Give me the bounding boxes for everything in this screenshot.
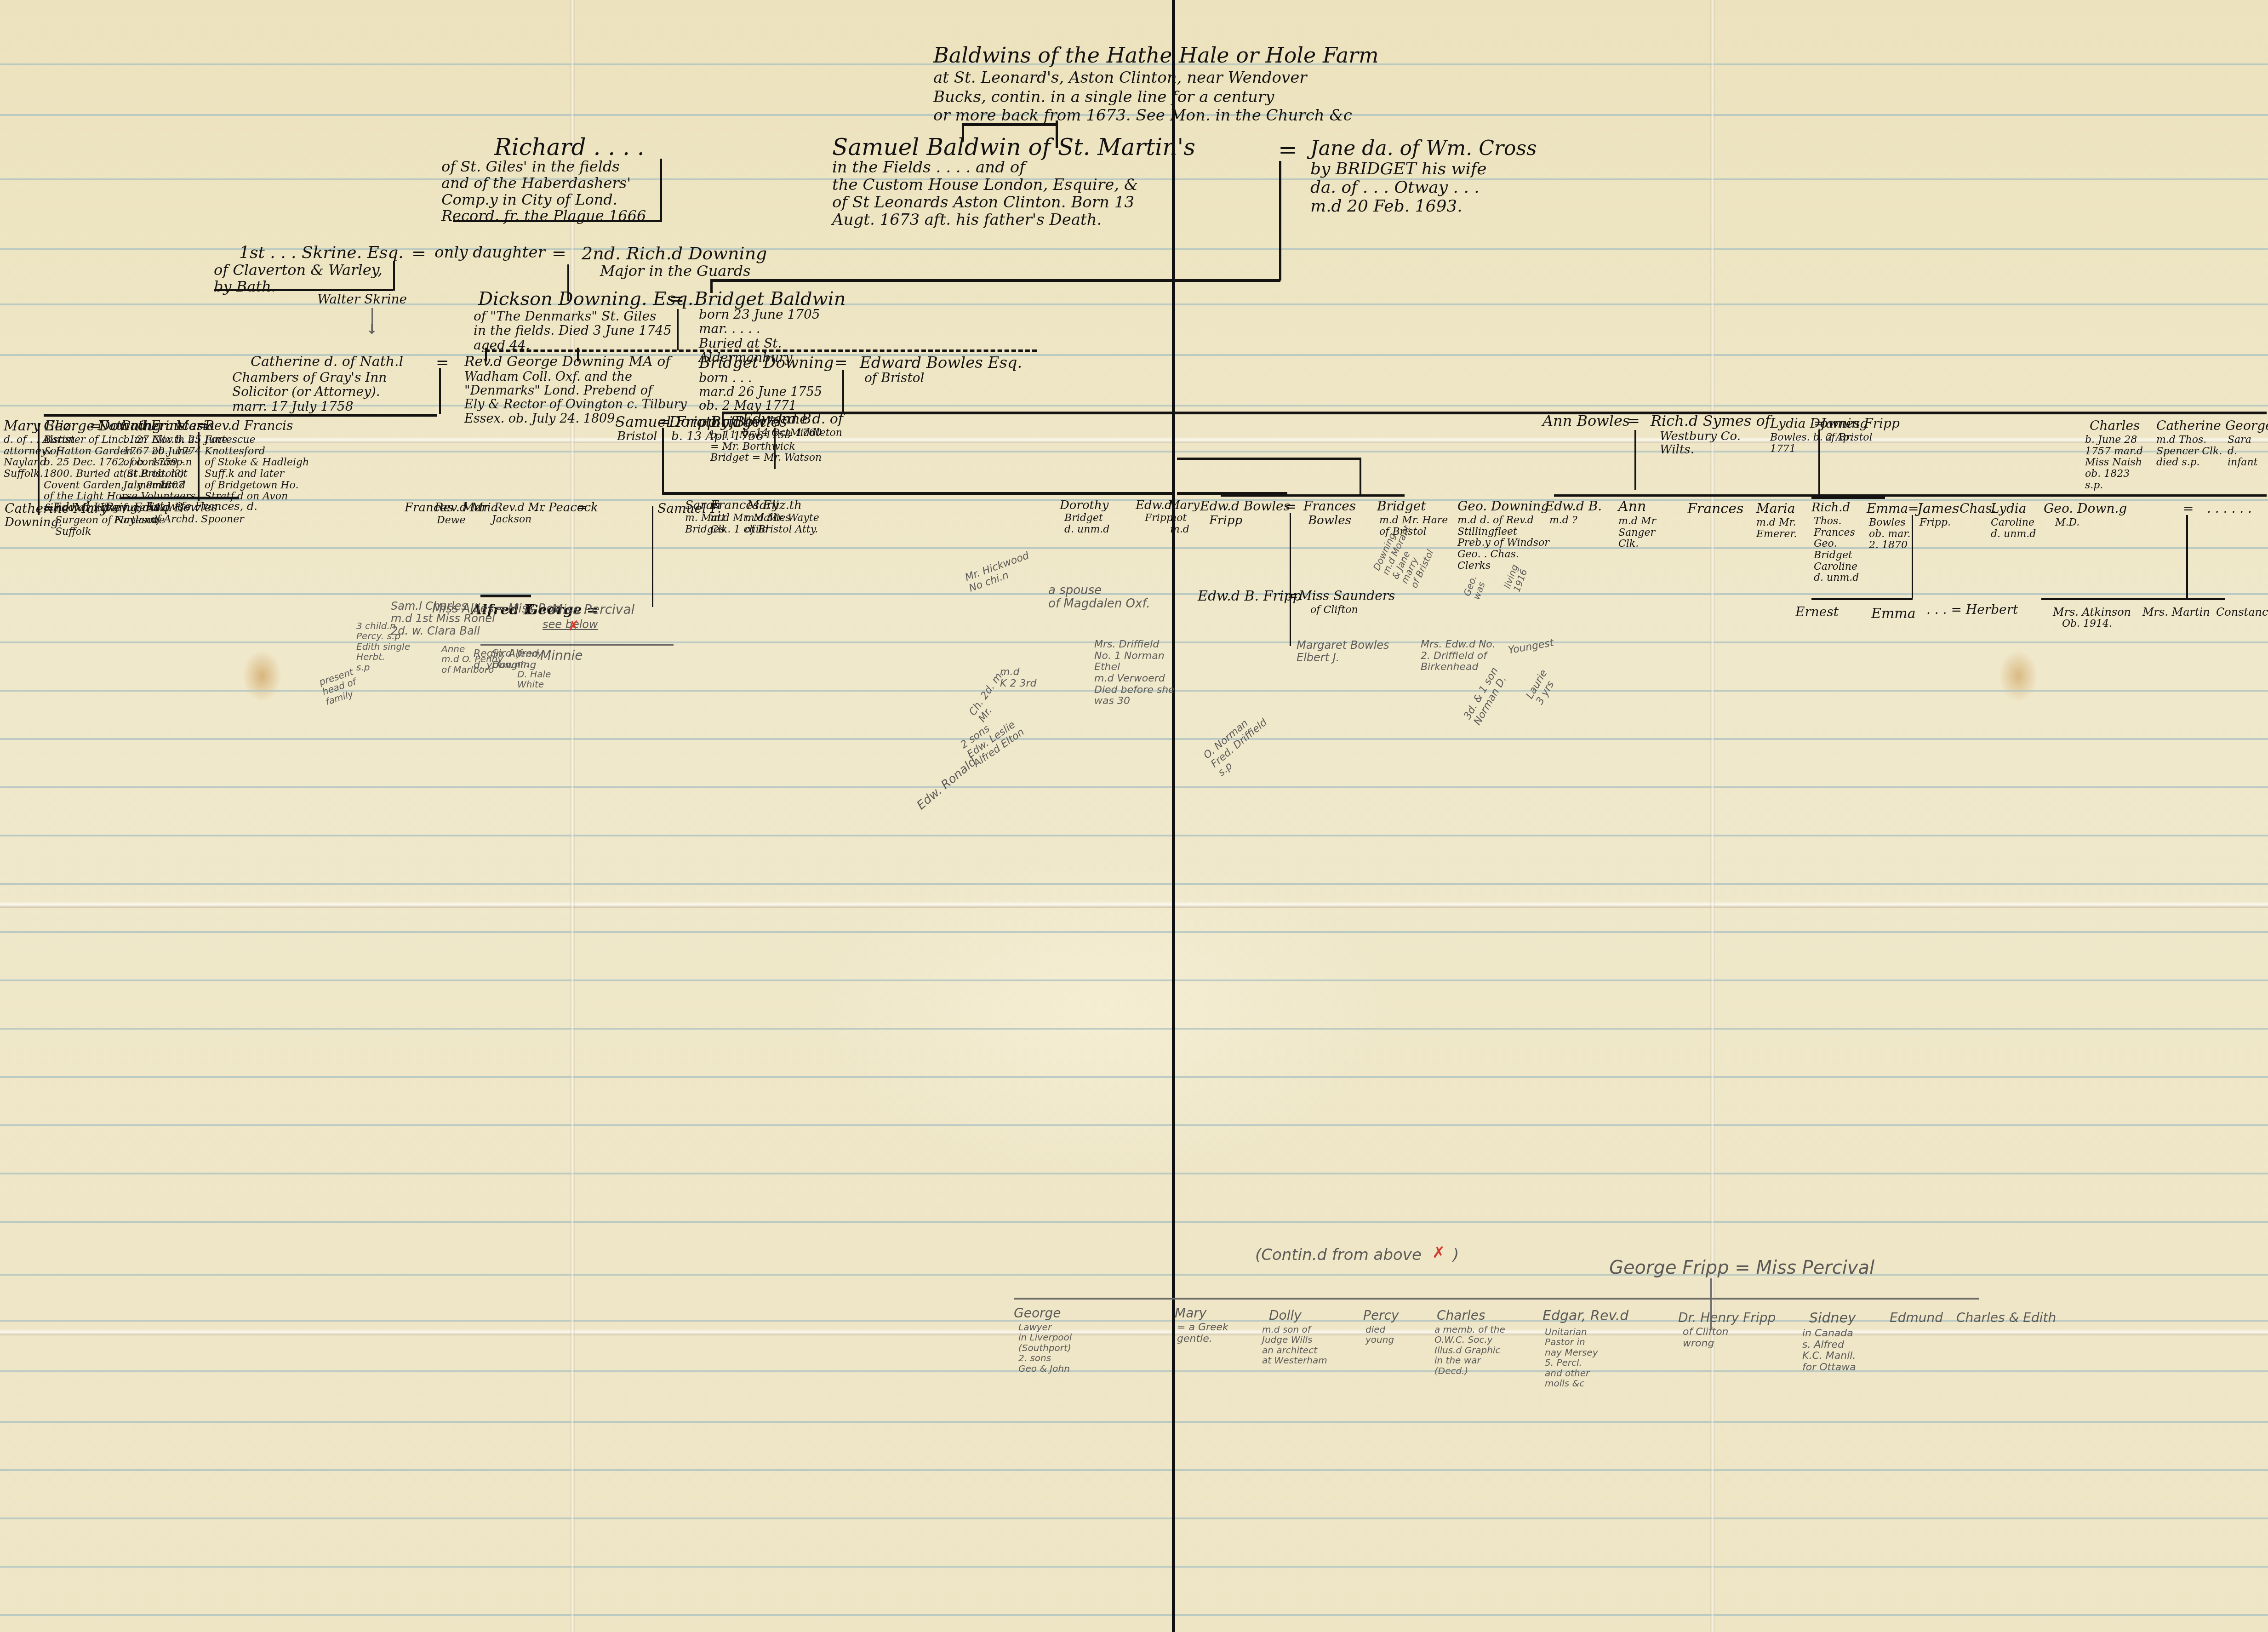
person-rev-francis: Rev.d Francis: [205, 418, 293, 433]
person-edward-b-fripp: Edw.d B. Fripp: [1198, 589, 1302, 604]
marriage-sign: =: [552, 244, 566, 263]
person-catherine-chambers: Catherine d. of Nath.l: [251, 354, 403, 370]
person-edward-fripp: Edw.d: [1136, 499, 1172, 512]
tree-line: [2041, 598, 2225, 600]
heading-bracket: [962, 123, 1056, 126]
person-bridget-downing: Bridget Downing: [699, 354, 834, 372]
heading-line-3: Bucks, contin. in a single line for a ce…: [933, 88, 1274, 106]
person-notes: Fripp.: [1920, 517, 1951, 529]
tree-line: [485, 349, 1037, 352]
ruled-line: [0, 835, 2268, 836]
person-samuel-baldwin-notes: in the Fields . . . . and of the Custom …: [832, 159, 1138, 229]
child-notes: in Canada s. Alfred K.C. Manil. for Otta…: [1802, 1328, 1856, 1374]
person-herbert: . . . = Herbert: [1926, 602, 2018, 617]
person-mrs-martin: Mrs. Martin: [2142, 606, 2210, 618]
child-charles: Charles: [1437, 1308, 1485, 1323]
person-jane-middleton: Jane d. of: [777, 412, 843, 427]
child-dolly: Dolly: [1269, 1308, 1302, 1323]
person-notes: of Bristol: [1825, 432, 1873, 444]
person-notes: . . Middleton: [777, 428, 842, 439]
child-notes: m.d son of Judge Wills an architect at W…: [1262, 1324, 1327, 1366]
ruled-line: [0, 979, 2268, 981]
person-notes: of Clifton: [1310, 605, 1358, 616]
tree-line: [453, 220, 662, 222]
tree-line: [44, 414, 437, 417]
person-notes: of Archd. Spooner: [151, 514, 244, 526]
person-notes: Fripp: [1145, 513, 1173, 524]
child-edgar: Edgar, Rev.d: [1542, 1308, 1628, 1324]
child-percy: Percy: [1363, 1308, 1399, 1323]
person-emma-bowles: Emma: [1867, 501, 1908, 515]
continued-from-above-label: (Contin.d from above: [1255, 1246, 1422, 1264]
person-edward-b-m: Edw.d B.: [1545, 499, 1602, 513]
tree-line: [662, 492, 1175, 495]
ruled-line: [0, 451, 2268, 452]
note-mrs-driffield: Mrs. Driffield No. 1 Norman Ethel m.d Ve…: [1094, 639, 1175, 707]
tree-line: [393, 261, 395, 291]
tree-line: [480, 595, 531, 597]
note-hickwood: Mr. Hickwood No chi.n: [964, 550, 1034, 594]
tree-line: [1554, 494, 2267, 497]
tree-line: [722, 412, 2267, 414]
note-margaret-bowles: Margaret Bowles Elbert J.: [1297, 639, 1389, 664]
marriage-sign: =: [1285, 499, 1297, 515]
person-mrs-atkinson: Mrs. Atkinson: [2053, 606, 2131, 618]
person-bridget-downing-notes: born . . . mar.d 26 June 1755 ob. 2 May …: [699, 372, 822, 413]
marriage-sign: =: [1287, 589, 1298, 603]
scan-seam: [1172, 0, 1175, 1632]
person-richard-symes: Rich.d Symes of: [1651, 413, 1771, 429]
person-maria-emerer: Maria: [1756, 501, 1795, 515]
person-frances-spooner: 1st wife Frances, d.: [147, 500, 257, 513]
tree-line: [2186, 515, 2188, 600]
marriage-sign: =: [669, 289, 685, 309]
person-maria-jackson: Maria: [462, 501, 498, 515]
person-mary-wayte: Mary: [747, 499, 779, 512]
tree-line: [1811, 598, 1913, 600]
tree-line: [842, 370, 844, 414]
note-o-norman: O. Norman Fred. Driffield s.p: [1202, 708, 1277, 779]
person-edward-bowles-fripp: Edw.d Bowles: [1200, 499, 1290, 513]
ruled-line: [0, 1566, 2268, 1568]
person-notes: Caroline d. unm.d: [1991, 517, 2036, 540]
ruled-line: [0, 738, 2268, 740]
ruled-line: [0, 1469, 2268, 1471]
person-notes: Sara d. infant: [2228, 435, 2268, 469]
tree-line: [120, 497, 239, 499]
note-mrs-edw-no2: Mrs. Edw.d No. 2. Driffield of Birkenhea…: [1421, 639, 1496, 673]
note-geo-was: Geo. was: [1462, 574, 1488, 601]
tree-line: [677, 309, 679, 350]
person-edward-bowles: Edward Bowles Esq.: [860, 354, 1022, 372]
tree-line: [1360, 458, 1361, 494]
ruled-line: [0, 547, 2268, 549]
note-edw-ronald: Edw. Ronald: [914, 755, 979, 813]
ruled-line: [0, 1517, 2268, 1519]
ruled-line: [0, 786, 2268, 788]
paper-fold: [0, 901, 2268, 908]
note-spouse-magdalen: a spouse of Magdalen Oxf.: [1048, 584, 1150, 611]
tree-line: [1912, 515, 1913, 598]
ruled-line: [0, 1028, 2268, 1030]
person-george-downing-rev: Rev.d George Downing MA of: [464, 354, 670, 370]
paren-close: ): [1453, 1246, 1459, 1264]
note-three-children: 3 child.n Percy. s.p Edith single Herbt.…: [356, 621, 410, 672]
tree-line: [774, 428, 776, 469]
ruled-line: [0, 883, 2268, 885]
tree-line: [1279, 161, 1281, 281]
ruled-line: [0, 1614, 2268, 1616]
person-notes: m.d Thos. Spencer Clk. died s.p.: [2156, 435, 2222, 469]
person-constance: Constance: [2216, 606, 2268, 618]
child-notes: a memb. of the O.W.C. Soc.y Illus.d Grap…: [1434, 1324, 1505, 1376]
child-george: George: [1014, 1306, 1061, 1320]
person-ernest: Ernest: [1795, 605, 1839, 619]
tree-line: [198, 432, 200, 501]
marriage-sign: =: [411, 244, 426, 263]
note-miss-percival: Miss Percival: [552, 602, 634, 617]
person-unknown-spouse: . . . . . .: [2207, 501, 2252, 515]
tree-line: [1634, 430, 1636, 490]
person-james-fripp-jr: James: [1917, 501, 1960, 517]
person-catherine-spencer: Catherine: [2156, 418, 2221, 433]
marriage-sign: =: [1278, 137, 1297, 163]
child-notes: = a Greek gentle.: [1177, 1322, 1228, 1345]
person-jane-cross: Jane da. of Wm. Cross: [1310, 137, 1537, 160]
tree-line: [662, 428, 664, 492]
person-miss-saunders: Miss Saunders: [1299, 589, 1395, 603]
ruled-line: [0, 1274, 2268, 1276]
person-richard-notes: of St. Giles' in the fields and of the H…: [441, 159, 646, 224]
pencil-line: [480, 644, 674, 646]
person-ann-sanger: Ann: [1618, 499, 1646, 515]
person-peacock: . . Peacock: [533, 501, 598, 515]
person-richard-downing: 2nd. Rich.d Downing: [582, 244, 767, 263]
tree-line: [1290, 513, 1291, 646]
person-notes: m.d ?: [1549, 515, 1577, 527]
paper-fold: [0, 437, 2268, 443]
note-minnie: Minnie: [540, 648, 583, 663]
person-frances-bowles: Frances: [1303, 499, 1356, 513]
note-youngest: Youngest: [1508, 638, 1555, 657]
person-notes: Downing.: [5, 516, 62, 529]
paper-fold-vertical: [570, 0, 575, 1632]
child-mary: Mary: [1175, 1306, 1206, 1320]
marriage-sign: =: [436, 354, 449, 372]
person-skrine: 1st . . . Skrine. Esq.: [239, 244, 404, 262]
tree-line: [1818, 430, 1820, 499]
heading-line-2: at St. Leonard's, Aston Clinton, near We…: [933, 69, 1307, 86]
person-richard-thomas: Rich.d: [1811, 501, 1850, 515]
paper-fold-vertical: [1710, 0, 1715, 1632]
person-frances-symes: Frances: [1687, 501, 1743, 517]
person-emma: Emma: [1871, 606, 1916, 622]
person-richard: Richard . . . .: [494, 134, 645, 160]
note-3d-1son: 3d. & 1 son Norman D.: [1462, 666, 1511, 727]
person-notes: Bowles: [1308, 514, 1351, 527]
red-x-mark: ✗: [1432, 1244, 1445, 1261]
person-notes: m.d d. of Rev.d Stillingfleet Preb.y of …: [1457, 515, 1549, 572]
person-notes: Thos. Frances Geo. Bridget Caroline d. u…: [1814, 516, 1859, 584]
marriage-sign: =: [2183, 501, 2194, 515]
person-edward-bowles-notes: of Bristol: [864, 371, 924, 385]
heading-line-4: or more back from 1673. See Mon. in the …: [933, 107, 1352, 124]
person-dorothy-bridget: Dorothy: [1060, 499, 1108, 512]
person-catherine-chambers-notes: Chambers of Gray's Inn Solicitor (or Att…: [232, 370, 387, 413]
person-walter-skrine: Walter Skrine: [317, 292, 407, 306]
person-charles: Charles: [2090, 418, 2140, 433]
arrow-down-icon: ↓: [366, 322, 377, 338]
marriage-sign: =: [1628, 413, 1640, 429]
tree-line: [1811, 497, 1885, 499]
ruled-line: [0, 1421, 2268, 1423]
person-notes: Bristol: [617, 430, 657, 443]
person-geo-downing-stillingfleet: Geo. Downing: [1457, 499, 1549, 513]
note-k2: m.d K 2 3rd: [1000, 667, 1036, 689]
tree-line: [652, 506, 653, 607]
person-dickson-downing: Dickson Downing. Esq.: [478, 289, 693, 309]
person-samuel-baldwin: Samuel Baldwin of St. Martin's: [832, 134, 1195, 160]
child-dr-henry-fripp: Dr. Henry Fripp: [1678, 1311, 1776, 1325]
tree-line: [214, 289, 393, 291]
person-notes: Fortescue Knottesford of Stoke & Hadleig…: [205, 435, 309, 503]
person-james-fripp: James Fripp: [1821, 416, 1900, 430]
marriage-sign: =: [577, 501, 587, 515]
person-dickson-downing-notes: of "The Denmarks" St. Giles in the field…: [474, 309, 671, 352]
ruled-line: [0, 1076, 2268, 1078]
person-richard-downing-notes: Major in the Guards: [600, 263, 751, 280]
person-notes: Ob. 1914.: [2062, 618, 2112, 630]
ruled-line: [0, 1370, 2268, 1372]
person-geo-downing-md: Geo. Down.g: [2044, 501, 2127, 515]
red-x-mark: ✗: [568, 618, 579, 634]
tree-line: [1221, 494, 1405, 497]
ruled-line: [0, 931, 2268, 933]
person-notes: Westbury Co. Wilts.: [1660, 430, 1741, 457]
child-sidney: Sidney: [1809, 1311, 1856, 1326]
person-notes: m.d Mr. Wayte of Bristol Atty.: [745, 513, 819, 535]
person-bridget-hare: Bridget: [1377, 499, 1426, 513]
heading-line-1: Baldwins of the Hathe Hale or Hole Farm: [933, 44, 1379, 68]
child-edmund: Edmund: [1890, 1311, 1943, 1325]
person-only-daughter: only daughter: [434, 244, 545, 261]
person-notes: m.d Mr. Emerer.: [1756, 517, 1797, 540]
person-notes: M.D.: [2055, 517, 2079, 529]
person-mary-not-married: Mary: [1168, 499, 1200, 512]
person-jane-cross-notes: by BRIDGET his wife da. of . . . Otway .…: [1310, 160, 1487, 216]
tree-line: [710, 279, 1280, 282]
child-notes: of Clifton wrong: [1683, 1327, 1729, 1349]
person-ann-bowles: Ann Bowles: [1542, 413, 1630, 429]
person-lydia-caroline: Lydia: [1991, 501, 2027, 515]
child-charles-edith: Charles & Edith: [1956, 1311, 2056, 1325]
child-notes: Lawyer in Liverpool (Southport) 2. sons …: [1018, 1322, 1072, 1374]
ruled-line: [0, 1173, 2268, 1174]
person-george-sara: George: [2225, 418, 2268, 433]
tree-line: [660, 159, 662, 221]
tree-line: [1177, 458, 1361, 460]
person-notes: not m.d: [1170, 513, 1189, 535]
person-notes: Dewe: [437, 515, 466, 527]
paper-fold: [0, 1329, 2268, 1335]
note-present-head: present head of family: [318, 667, 360, 707]
pencil-line: [1014, 1298, 1979, 1300]
person-notes: Bridget d. unm.d: [1064, 513, 1109, 535]
person-notes: m.d Mr Sanger Clk.: [1618, 516, 1656, 550]
person-notes: Bowles ob. mar. 2. 1870: [1869, 517, 1910, 551]
ruled-line: [0, 1124, 2268, 1126]
person-notes: Jackson: [492, 514, 531, 526]
tree-line: [439, 368, 441, 414]
child-notes: died young: [1365, 1324, 1394, 1345]
ruled-line: [0, 1221, 2268, 1223]
child-notes: Unitarian Pastor in nay Mersey 5. Percl.…: [1545, 1327, 1598, 1388]
person-notes: b. June 28 1757 mar.d Miss Naish ob. 182…: [2085, 435, 2143, 491]
person-notes: Fripp: [1209, 514, 1242, 527]
continuation-parents: George Fripp = Miss Percival: [1609, 1258, 1874, 1278]
note-laurie: Laurie 3 yrs: [1525, 668, 1560, 707]
marriage-sign: =: [834, 354, 848, 372]
